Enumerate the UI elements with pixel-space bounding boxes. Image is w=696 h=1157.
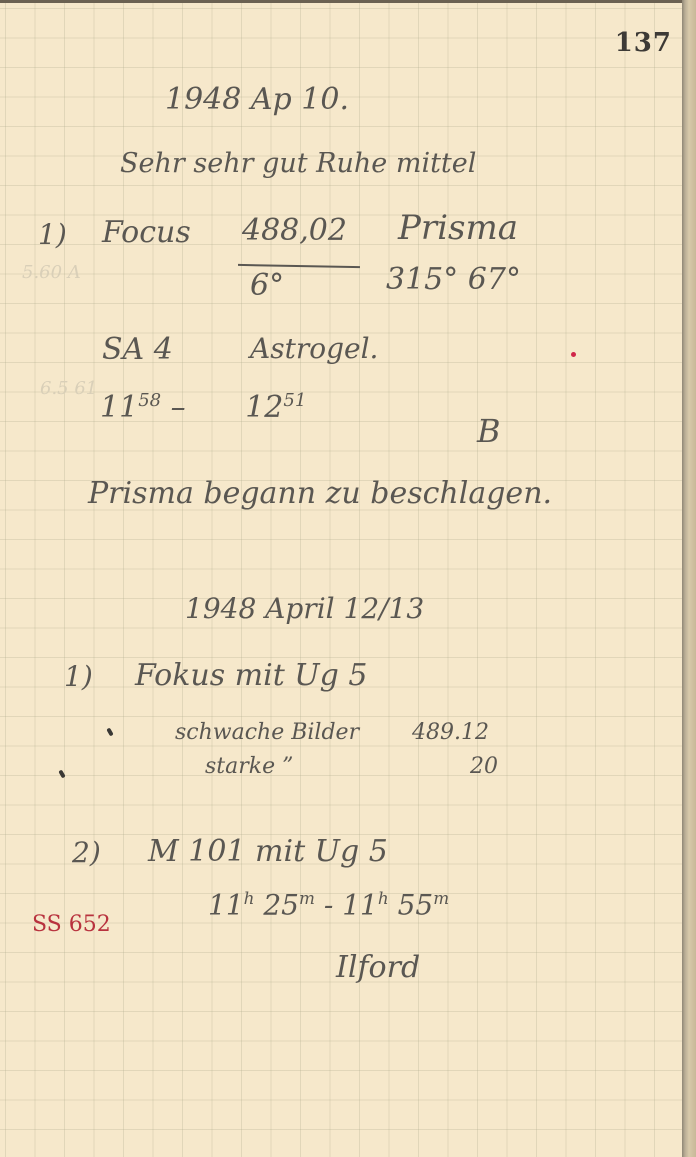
entry1-time-range: 1158 – 1251	[100, 390, 306, 425]
time-dash: -	[324, 888, 333, 921]
entry2-item1-title: Fokus mit Ug 5	[135, 658, 367, 693]
entry1-focus-label: Focus	[102, 215, 191, 250]
entry1-plate: SA 4	[102, 332, 173, 367]
page-number: 137	[615, 28, 672, 58]
entry1-item-number: 1)	[38, 218, 67, 251]
time-end-hour: 11	[342, 888, 378, 921]
time-end-hour: 12	[245, 390, 283, 425]
red-dot-mark	[571, 352, 576, 357]
entry1-focus-sub: 6°	[250, 268, 284, 303]
page-binding-edge	[682, 0, 696, 1157]
hour-unit: h	[244, 888, 255, 908]
entry2-item1-row-value: 489.12	[412, 720, 489, 745]
entry2-item2-plate: Ilford	[336, 950, 420, 985]
minute-unit: m	[299, 888, 315, 908]
entry2-item1-number: 1)	[64, 660, 93, 693]
entry2-item1-row-value: 20	[470, 754, 498, 779]
time-end-minute: 55	[398, 888, 434, 921]
time-start-minute: 58	[138, 390, 161, 411]
faint-margin-note: 5.60 A	[22, 262, 81, 283]
entry1-conditions: Sehr sehr gut Ruhe mittel	[120, 148, 476, 179]
time-dash: –	[171, 390, 186, 425]
margin-reference: SS 652	[32, 912, 111, 937]
entry1-prisma-values: 315° 67°	[386, 262, 521, 297]
entry1-mark: B	[477, 412, 501, 450]
entry2-item1-row-label: starke ”	[205, 754, 293, 779]
entry1-plate-note: Astrogel.	[250, 332, 378, 365]
hour-unit: h	[378, 888, 389, 908]
entry2-date: 1948 April 12/13	[185, 592, 424, 625]
time-start-minute: 25	[263, 888, 299, 921]
entry1-focus-value: 488,02	[242, 213, 347, 248]
entry1-prisma-label: Prisma	[398, 208, 518, 248]
page-top-edge	[0, 0, 696, 3]
minute-unit: m	[433, 888, 449, 908]
entry1-date: 1948 Ap 10.	[165, 82, 349, 117]
entry2-item2-time-range: 11h 25m - 11h 55m	[208, 888, 449, 921]
entry1-note: Prisma begann zu beschlagen.	[88, 476, 552, 511]
time-start-hour: 11	[208, 888, 244, 921]
time-end-minute: 51	[283, 390, 306, 411]
entry2-item1-row-label: schwache Bilder	[175, 720, 359, 745]
entry2-item2-title: M 101 mit Ug 5	[148, 834, 388, 869]
time-start-hour: 11	[100, 390, 138, 425]
faint-margin-note: 6.5 61	[40, 378, 97, 399]
entry2-item2-number: 2)	[72, 836, 101, 869]
